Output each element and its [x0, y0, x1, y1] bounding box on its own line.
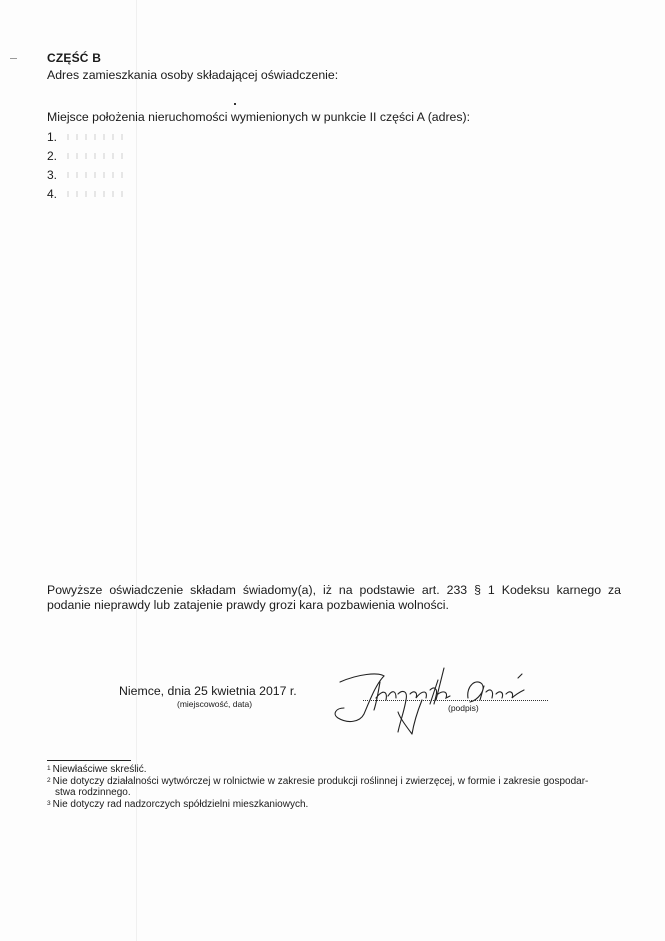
redacted-address: [67, 172, 127, 178]
redacted-address: [67, 134, 127, 140]
list-item: 4.: [47, 184, 127, 203]
stray-mark: [234, 103, 236, 105]
item-number: 3.: [47, 168, 61, 182]
list-item: 2.: [47, 146, 127, 165]
signature-caption: (podpis): [448, 703, 479, 713]
section-heading: CZĘŚĆ B: [47, 51, 101, 65]
list-item: 3.: [47, 165, 127, 184]
footnote-2-continuation: stwa rodzinnego.: [47, 787, 607, 799]
redacted-address: [67, 191, 127, 197]
footnote-2: 2Nie dotyczy działalności wytwórczej w r…: [47, 776, 607, 788]
document-page: CZĘŚĆ B Adres zamieszkania osoby składaj…: [0, 0, 665, 941]
place-date-caption: (miejscowość, data): [177, 699, 252, 709]
residence-label: Adres zamieszkania osoby składającej ośw…: [47, 68, 338, 82]
margin-mark: [10, 58, 17, 59]
footnote-separator: [47, 760, 131, 761]
property-list: 1. 2. 3. 4.: [47, 127, 127, 203]
item-number: 1.: [47, 130, 61, 144]
footnote-1: 1Niewłaściwe skreślić.: [47, 764, 607, 776]
footnote-3: 3Nie dotyczy rad nadzorczych spółdzielni…: [47, 799, 607, 811]
declaration-paragraph: Powyższe oświadczenie składam świadomy(a…: [47, 583, 621, 613]
item-number: 4.: [47, 187, 61, 201]
redacted-address: [67, 153, 127, 159]
property-label: Miejsce położenia nieruchomości wymienio…: [47, 110, 470, 124]
signature-line: [363, 700, 548, 701]
place-date: Niemce, dnia 25 kwietnia 2017 r.: [119, 684, 297, 698]
footnotes: 1Niewłaściwe skreślić. 2Nie dotyczy dzia…: [47, 764, 607, 810]
item-number: 2.: [47, 149, 61, 163]
list-item: 1.: [47, 127, 127, 146]
